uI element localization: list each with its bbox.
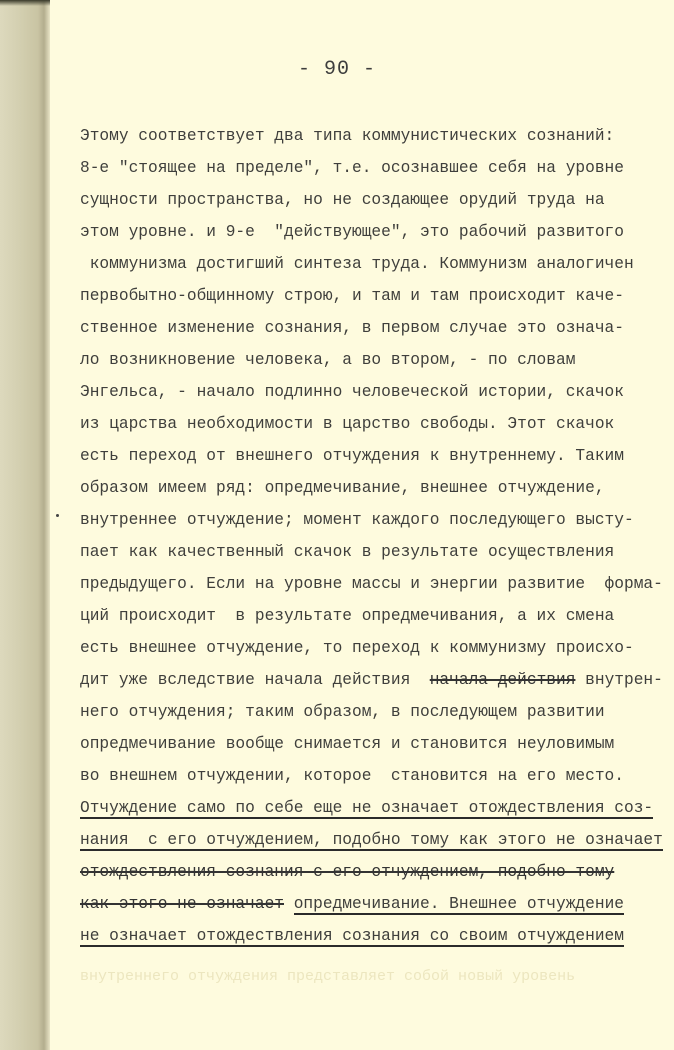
text-segment: предыдущего. Если на уровне массы и энер… bbox=[80, 575, 663, 593]
text-line: Этому соответствует два типа коммунистич… bbox=[80, 120, 670, 152]
text-segment: ло возникновение человека, а во втором, … bbox=[80, 351, 575, 369]
text-segment: коммунизма достигший синтеза труда. Комм… bbox=[80, 255, 634, 273]
text-line: предыдущего. Если на уровне массы и энер… bbox=[80, 568, 670, 600]
text-segment: этом уровне. и 9-е "действующее", это ра… bbox=[80, 223, 624, 241]
text-line: есть внешнее отчуждение, то переход к ко… bbox=[80, 632, 670, 664]
text-line: во внешнем отчуждении, которое становитс… bbox=[80, 760, 670, 792]
text-line: нания с его отчуждением, подобно тому ка… bbox=[80, 824, 670, 856]
text-line: 8-е "стоящее на пределе", т.е. осознавше… bbox=[80, 152, 670, 184]
text-segment: внутреннее отчуждение; момент каждого по… bbox=[80, 511, 634, 529]
underlined-text: Отчуждение само по себе еще не означает … bbox=[80, 799, 653, 819]
text-segment: опредмечивание вообще снимается и станов… bbox=[80, 735, 614, 753]
struck-text: начала действия bbox=[430, 671, 576, 689]
struck-text: как этого не означает bbox=[80, 895, 284, 913]
text-line: внутреннее отчуждение; момент каждого по… bbox=[80, 504, 670, 536]
text-segment bbox=[284, 895, 294, 913]
text-segment: внутрен- bbox=[575, 671, 662, 689]
text-segment: дит уже вследствие начала действия bbox=[80, 671, 430, 689]
text-line: Отчуждение само по себе еще не означает … bbox=[80, 792, 670, 824]
text-segment: сущности пространства, но не создающее о… bbox=[80, 191, 605, 209]
text-segment: ственное изменение сознания, в первом сл… bbox=[80, 319, 624, 337]
text-line: отождествления сознания с его отчуждение… bbox=[80, 856, 670, 888]
text-line: него отчуждения; таким образом, в послед… bbox=[80, 696, 670, 728]
text-segment: пает как качественный скачок в результат… bbox=[80, 543, 614, 561]
text-line: этом уровне. и 9-е "действующее", это ра… bbox=[80, 216, 670, 248]
text-line: как этого не означает опредмечивание. Вн… bbox=[80, 888, 670, 920]
text-segment: ций происходит в результате опредмечиван… bbox=[80, 607, 614, 625]
book-binding-edge bbox=[0, 0, 50, 1050]
text-segment: есть переход от внешнего отчуждения к вн… bbox=[80, 447, 624, 465]
text-line: образом имеем ряд: опредмечивание, внешн… bbox=[80, 472, 670, 504]
text-segment: во внешнем отчуждении, которое становитс… bbox=[80, 767, 624, 785]
underlined-text: не означает отождествления сознания со с… bbox=[80, 927, 624, 947]
text-line: первобытно-общинному строю, и там и там … bbox=[80, 280, 670, 312]
text-line: есть переход от внешнего отчуждения к вн… bbox=[80, 440, 670, 472]
text-segment: него отчуждения; таким образом, в послед… bbox=[80, 703, 605, 721]
text-line: пает как качественный скачок в результат… bbox=[80, 536, 670, 568]
text-line: сущности пространства, но не создающее о… bbox=[80, 184, 670, 216]
binding-shadow bbox=[0, 0, 55, 6]
text-line: из царства необходимости в царство свобо… bbox=[80, 408, 670, 440]
text-line: опредмечивание вообще снимается и станов… bbox=[80, 728, 670, 760]
text-line: Энгельса, - начало подлинно человеческой… bbox=[80, 376, 670, 408]
text-line: не означает отождествления сознания со с… bbox=[80, 920, 670, 952]
text-segment: Этому соответствует два типа коммунистич… bbox=[80, 127, 614, 145]
underlined-text: опредмечивание. Внешнее отчуждение bbox=[294, 895, 624, 915]
text-segment: первобытно-общинному строю, и там и там … bbox=[80, 287, 624, 305]
text-segment: из царства необходимости в царство свобо… bbox=[80, 415, 614, 433]
page-body-text: Этому соответствует два типа коммунистич… bbox=[80, 120, 670, 952]
margin-mark bbox=[56, 514, 59, 517]
text-line: дит уже вследствие начала действия начал… bbox=[80, 664, 670, 696]
struck-text: отождествления сознания с его отчуждение… bbox=[80, 863, 614, 881]
text-line: ций происходит в результате опредмечиван… bbox=[80, 600, 670, 632]
page-number: - 90 - bbox=[0, 58, 674, 81]
text-line: ло возникновение человека, а во втором, … bbox=[80, 344, 670, 376]
text-line: ственное изменение сознания, в первом сл… bbox=[80, 312, 670, 344]
underlined-text: нания с его отчуждением, подобно тому ка… bbox=[80, 831, 663, 851]
text-segment: Энгельса, - начало подлинно человеческой… bbox=[80, 383, 624, 401]
text-segment: образом имеем ряд: опредмечивание, внешн… bbox=[80, 479, 605, 497]
text-segment: 8-е "стоящее на пределе", т.е. осознавше… bbox=[80, 159, 624, 177]
bleed-through-text: внутреннего отчуждения представляет собо… bbox=[80, 968, 575, 985]
text-segment: есть внешнее отчуждение, то переход к ко… bbox=[80, 639, 634, 657]
text-line: коммунизма достигший синтеза труда. Комм… bbox=[80, 248, 670, 280]
